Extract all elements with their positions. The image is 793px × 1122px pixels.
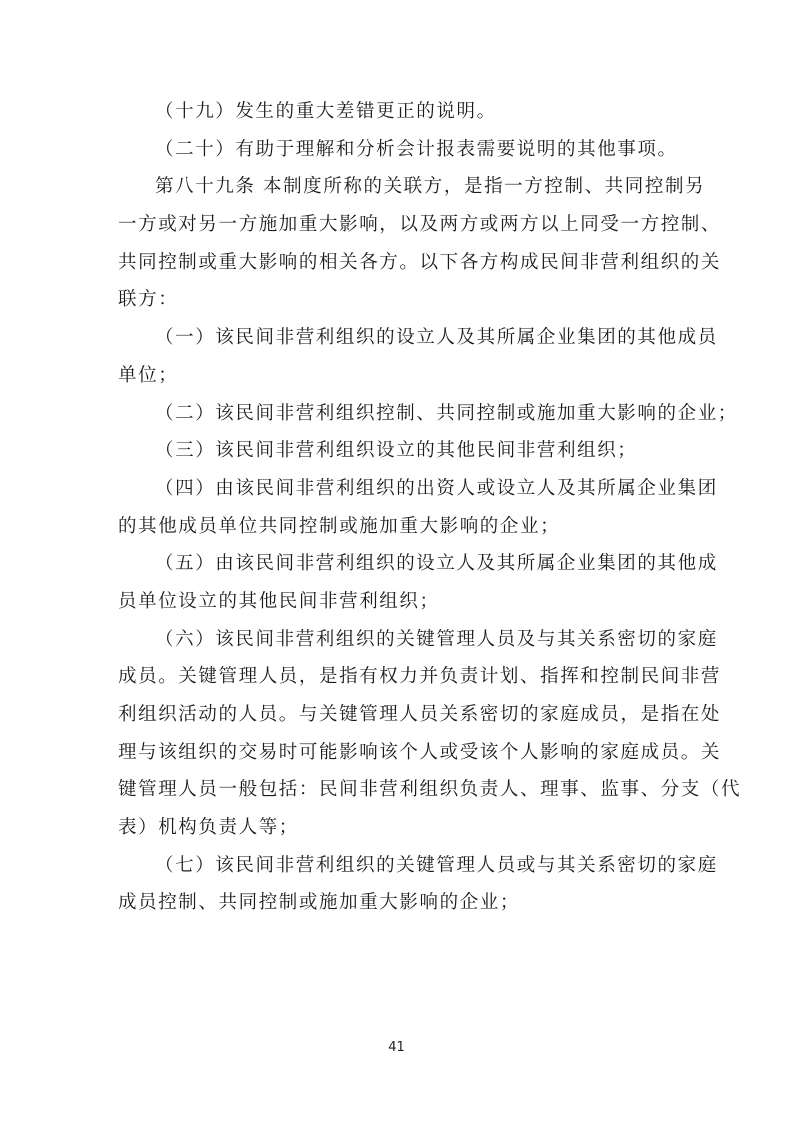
text-line: （六）该民间非营利组织的关键管理人员及与其关系密切的家庭 bbox=[118, 621, 674, 659]
paragraph-related-party-4: （四）由该民间非营利组织的出资人或设立人及其所属企业集团 的其他成员单位共同控制… bbox=[118, 470, 674, 545]
text-line: （十九）发生的重大差错更正的说明。 bbox=[118, 93, 674, 131]
text-line: （四）由该民间非营利组织的出资人或设立人及其所属企业集团 bbox=[118, 470, 674, 508]
text-line: 利组织活动的人员。与关键管理人员关系密切的家庭成员，是指在处 bbox=[118, 696, 674, 734]
article-heading-line: 第八十九条 本制度所称的关联方，是指一方控制、共同控制另 bbox=[118, 168, 674, 206]
paragraph-item-20: （二十）有助于理解和分析会计报表需要说明的其他事项。 bbox=[118, 131, 674, 169]
text-line: 键管理人员一般包括：民间非营利组织负责人、理事、监事、分支（代 bbox=[118, 771, 674, 809]
text-line: （五）由该民间非营利组织的设立人及其所属企业集团的其他成 bbox=[118, 545, 674, 583]
text-line: 联方： bbox=[118, 281, 674, 319]
paragraph-related-party-3: （三）该民间非营利组织设立的其他民间非营利组织； bbox=[118, 432, 674, 470]
text-line: 理与该组织的交易时可能影响该个人或受该个人影响的家庭成员。关 bbox=[118, 734, 674, 772]
text-line: 员单位设立的其他民间非营利组织； bbox=[118, 583, 674, 621]
paragraph-related-party-1: （一）该民间非营利组织的设立人及其所属企业集团的其他成员 单位； bbox=[118, 319, 674, 394]
text-line: （二）该民间非营利组织控制、共同控制或施加重大影响的企业； bbox=[118, 395, 674, 433]
text-line: 一方或对另一方施加重大影响，以及两方或两方以上同受一方控制、 bbox=[118, 206, 674, 244]
text-line: 成员。关键管理人员，是指有权力并负责计划、指挥和控制民间非营 bbox=[118, 658, 674, 696]
text-line: 的其他成员单位共同控制或施加重大影响的企业； bbox=[118, 508, 674, 546]
paragraph-related-party-6: （六）该民间非营利组织的关键管理人员及与其关系密切的家庭 成员。关键管理人员，是… bbox=[118, 621, 674, 847]
text-line: （一）该民间非营利组织的设立人及其所属企业集团的其他成员 bbox=[118, 319, 674, 357]
paragraph-article-89: 第八十九条 本制度所称的关联方，是指一方控制、共同控制另 一方或对另一方施加重大… bbox=[118, 168, 674, 319]
paragraph-related-party-5: （五）由该民间非营利组织的设立人及其所属企业集团的其他成 员单位设立的其他民间非… bbox=[118, 545, 674, 620]
text-line: 单位； bbox=[118, 357, 674, 395]
document-page: （十九）发生的重大差错更正的说明。 （二十）有助于理解和分析会计报表需要说明的其… bbox=[118, 93, 674, 922]
paragraph-item-19: （十九）发生的重大差错更正的说明。 bbox=[118, 93, 674, 131]
text-line: （二十）有助于理解和分析会计报表需要说明的其他事项。 bbox=[118, 131, 674, 169]
text-line: 表）机构负责人等； bbox=[118, 809, 674, 847]
paragraph-related-party-2: （二）该民间非营利组织控制、共同控制或施加重大影响的企业； bbox=[118, 395, 674, 433]
text-line: （三）该民间非营利组织设立的其他民间非营利组织； bbox=[118, 432, 674, 470]
paragraph-related-party-7: （七）该民间非营利组织的关键管理人员或与其关系密切的家庭 成员控制、共同控制或施… bbox=[118, 847, 674, 922]
text-line: 共同控制或重大影响的相关各方。以下各方构成民间非营利组织的关 bbox=[118, 244, 674, 282]
text-line: （七）该民间非营利组织的关键管理人员或与其关系密切的家庭 bbox=[118, 847, 674, 885]
text-line: 成员控制、共同控制或施加重大影响的企业； bbox=[118, 884, 674, 922]
page-number: 41 bbox=[0, 1040, 793, 1055]
